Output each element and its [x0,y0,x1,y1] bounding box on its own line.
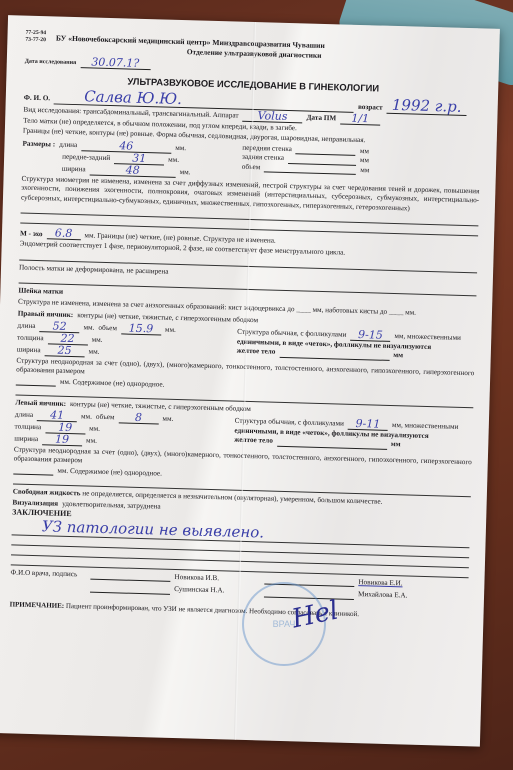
right-ovary-width: 25 [44,344,84,357]
patient-name-label: Ф. И. О. [24,94,51,104]
uterus-width-label: ширина [62,165,86,175]
right-ovary-length: 52 [39,320,79,333]
free-fluid-label: Свободная жидкость [13,488,81,498]
uterus-volume-value [264,171,356,175]
note-label: ПРИМЕЧАНИЕ: [10,600,65,610]
m-echo-value: 6.8 [46,227,80,240]
device-value: Volus [242,109,302,123]
header-phones: 77-25-94 73-77-20 [25,30,46,44]
uterus-volume-label: объем [242,162,261,172]
right-corpus-luteum [279,356,389,360]
uterus-length-label: длина [59,141,77,151]
doctor-left-2: Сушинская Н.А. [170,585,264,597]
m-echo-label: М - эхо [20,229,43,239]
right-ovary-volume: 15.9 [121,322,161,335]
uterus-width-value: 48 [90,163,176,177]
left-ovary-length: 41 [37,409,77,422]
right-ovary-follicles: 9-15 [350,328,390,341]
left-ovary-width: 19 [42,433,82,446]
doctor-right-2: Михайлова Е.А. [354,590,408,601]
uterus-ap-label: передне-задний [62,153,110,164]
patient-age-value: 1992 г.р. [386,97,466,115]
sizes-label: Размеры : [22,140,55,150]
left-ovary-follicles: 9-11 [348,417,388,430]
lmp-value: 1/1 [340,112,380,125]
doctor-right-1: Новикова Е.И. [354,578,402,589]
signatures-label: Ф.И.О врача, подпись [10,568,90,580]
doctor-left-1: Новикова И.В. [170,573,264,585]
lmp-label: Дата ПМ [306,114,336,124]
note-row: ПРИМЕЧАНИЕ: Пациент проинформирован, что… [10,600,468,622]
left-corpus-luteum [277,445,387,449]
exam-date-value: 30.07.1? [80,56,150,70]
exam-date-label: Дата исследования [25,59,77,68]
left-ovary-volume: 8 [118,411,158,424]
